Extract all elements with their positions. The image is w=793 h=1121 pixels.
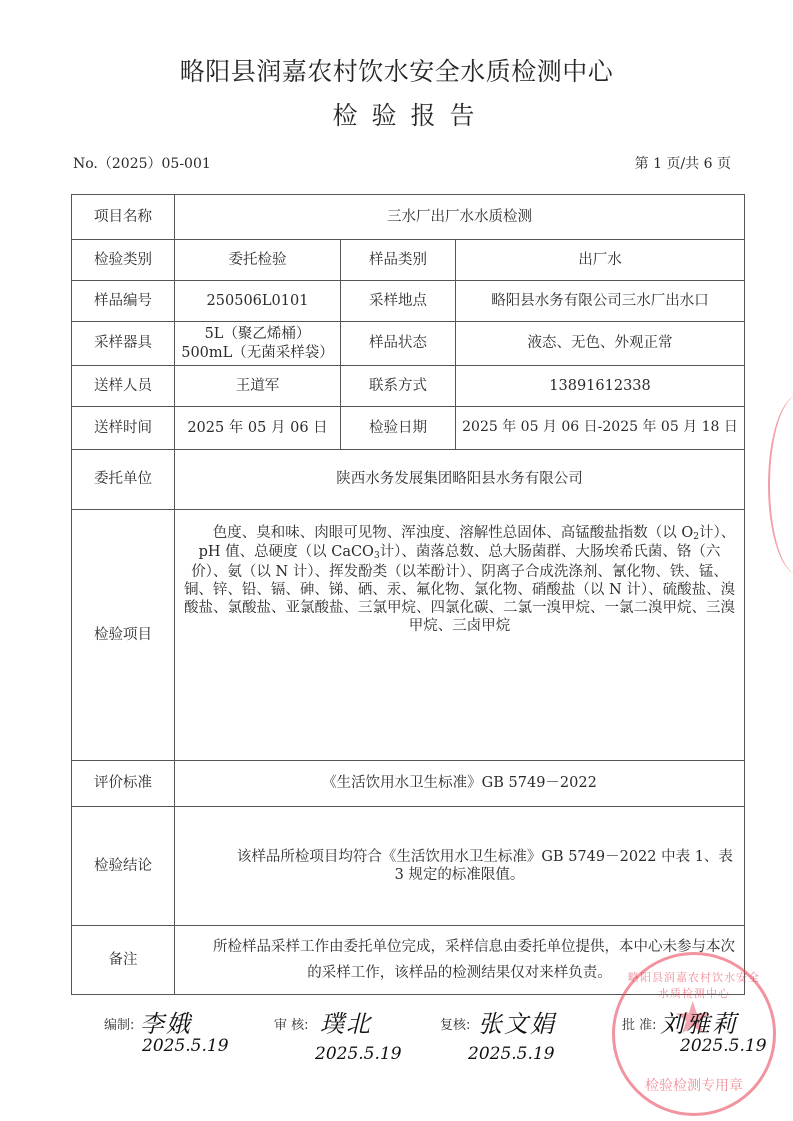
compiled-name: 李娥 — [140, 1004, 192, 1039]
row-conclusion: 检验结论 该样品所检项目均符合《生活饮用水卫生标准》GB 5749－2022 中… — [72, 807, 745, 926]
report-table: 项目名称 三水厂出厂水水质检测 检验类别 委托检验 样品类别 出厂水 样品编号 … — [71, 194, 745, 995]
value-inspection-items: 色度、臭和味、肉眼可见物、浑浊度、溶解性总固体、高锰酸盐指数（以 O2计）、pH… — [175, 510, 745, 761]
signature-row: 编制: 李娥 2025.5.19 审 核: 璞北 2025.5.19 复核: 张… — [0, 1006, 793, 1086]
organization-title: 略阳县润嘉农村饮水安全水质检测中心 — [0, 52, 793, 88]
value-sample-state: 液态、无色、外观正常 — [456, 322, 745, 366]
equipment-line-2: 500mL（无菌采样袋） — [181, 344, 334, 362]
equipment-line-1: 5L（聚乙烯桶） — [181, 325, 334, 343]
approved-name: 刘雅莉 — [660, 1004, 738, 1039]
value-inspection-date: 2025 年 05 月 06 日-2025 年 05 月 18 日 — [456, 407, 745, 450]
label-project-name: 项目名称 — [72, 195, 175, 240]
label-sampling-site: 采样地点 — [341, 281, 456, 322]
value-delivered-by: 王道军 — [175, 366, 341, 407]
label-sample-no: 样品编号 — [72, 281, 175, 322]
label-contact: 联系方式 — [341, 366, 456, 407]
row-inspection-items: 检验项目 色度、臭和味、肉眼可见物、浑浊度、溶解性总固体、高锰酸盐指数（以 O2… — [72, 510, 745, 761]
label-client: 委托单位 — [72, 450, 175, 510]
value-sample-no: 250506L0101 — [175, 281, 341, 322]
row-sampling-equipment: 采样器具 5L（聚乙烯桶） 500mL（无菌采样袋） 样品状态 液态、无色、外观… — [72, 322, 745, 366]
row-inspection-type: 检验类别 委托检验 样品类别 出厂水 — [72, 240, 745, 281]
label-delivered-by: 送样人员 — [72, 366, 175, 407]
value-conclusion: 该样品所检项目均符合《生活饮用水卫生标准》GB 5749－2022 中表 1、表… — [175, 807, 745, 926]
label-delivery-time: 送样时间 — [72, 407, 175, 450]
value-evaluation-standard: 《生活饮用水卫生标准》GB 5749－2022 — [175, 761, 745, 807]
value-project-name: 三水厂出厂水水质检测 — [175, 195, 745, 240]
label-sample-state: 样品状态 — [341, 322, 456, 366]
value-sampling-site: 略阳县水务有限公司三水厂出水口 — [456, 281, 745, 322]
reviewed-date: 2025.5.19 — [315, 1044, 402, 1064]
document-title: 检验报告 — [0, 96, 793, 132]
compiled-label: 编制: — [104, 1014, 134, 1033]
row-client: 委托单位 陕西水务发展集团略阳县水务有限公司 — [72, 450, 745, 510]
label-inspection-items: 检验项目 — [72, 510, 175, 761]
row-sample-no: 样品编号 250506L0101 采样地点 略阳县水务有限公司三水厂出水口 — [72, 281, 745, 322]
reviewed-label: 审 核: — [274, 1014, 309, 1033]
approved-label: 批 准: — [622, 1014, 657, 1033]
compiled-date: 2025.5.19 — [142, 1036, 229, 1056]
report-number: No.（2025）05-001 — [73, 153, 211, 173]
value-contact: 13891612338 — [456, 366, 745, 407]
approved-date: 2025.5.19 — [680, 1036, 767, 1056]
label-remarks: 备注 — [72, 926, 175, 995]
conclusion-text: 该样品所检项目均符合《生活饮用水卫生标准》GB 5749－2022 中表 1、表… — [181, 848, 738, 884]
label-evaluation-standard: 评价标准 — [72, 761, 175, 807]
value-sample-type: 出厂水 — [456, 240, 745, 281]
row-delivery-time: 送样时间 2025 年 05 月 06 日 检验日期 2025 年 05 月 0… — [72, 407, 745, 450]
row-delivered-by: 送样人员 王道军 联系方式 13891612338 — [72, 366, 745, 407]
inspection-items-text: 色度、臭和味、肉眼可见物、浑浊度、溶解性总固体、高锰酸盐指数（以 O2计）、pH… — [181, 524, 738, 635]
label-sampling-equipment: 采样器具 — [72, 322, 175, 366]
label-inspection-type: 检验类别 — [72, 240, 175, 281]
row-evaluation-standard: 评价标准 《生活饮用水卫生标准》GB 5749－2022 — [72, 761, 745, 807]
seal-partial-side: 略阳县润嘉农村饮水安全水质检测中心 — [768, 395, 793, 575]
value-client: 陕西水务发展集团略阳县水务有限公司 — [175, 450, 745, 510]
label-inspection-date: 检验日期 — [341, 407, 456, 450]
value-inspection-type: 委托检验 — [175, 240, 341, 281]
rechecked-label: 复核: — [440, 1014, 470, 1033]
rechecked-name: 张文娟 — [478, 1004, 556, 1039]
label-sample-type: 样品类别 — [341, 240, 456, 281]
rechecked-date: 2025.5.19 — [468, 1044, 555, 1064]
row-project-name: 项目名称 三水厂出厂水水质检测 — [72, 195, 745, 240]
value-sampling-equipment: 5L（聚乙烯桶） 500mL（无菌采样袋） — [175, 322, 341, 366]
page-info: 第 1 页/共 6 页 — [635, 153, 731, 173]
value-delivery-time: 2025 年 05 月 06 日 — [175, 407, 341, 450]
label-conclusion: 检验结论 — [72, 807, 175, 926]
reviewed-name: 璞北 — [320, 1004, 372, 1039]
